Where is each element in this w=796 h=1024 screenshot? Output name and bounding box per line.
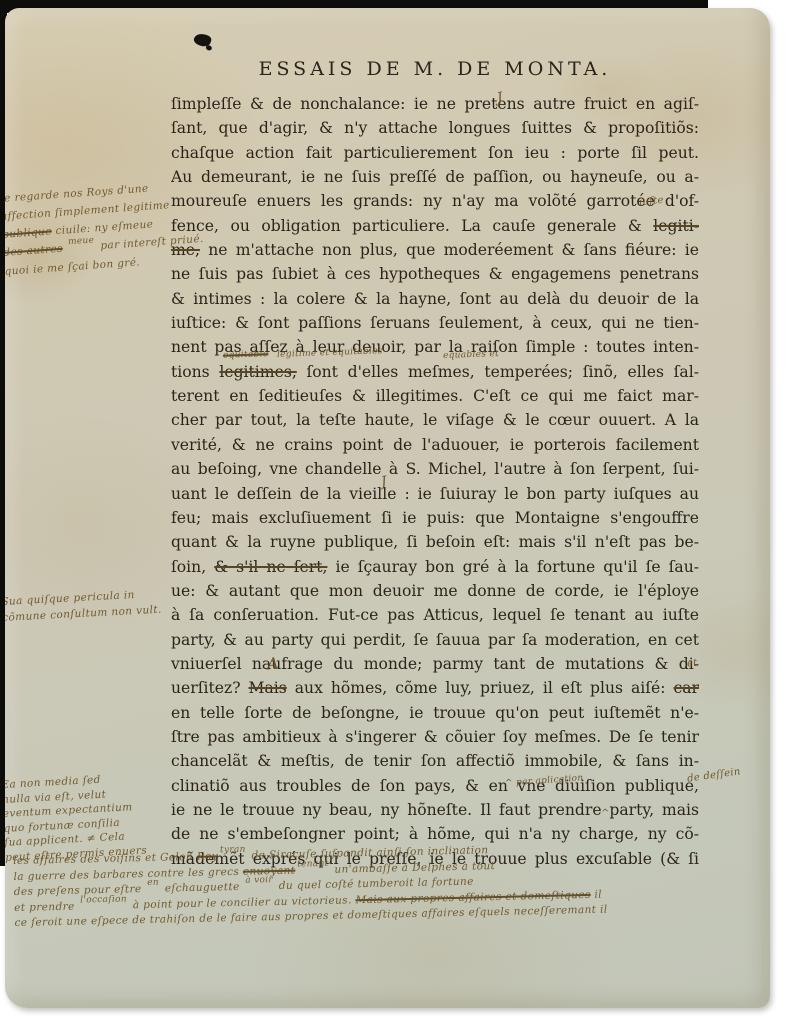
hand-insertion: meue <box>68 235 95 247</box>
margin-note-kings: Je regarde nos Roys d'uneaffection ſimpl… <box>5 177 185 280</box>
text-segment: ſtre pas ambitieux à s'ingerer & cõuier … <box>171 728 699 746</box>
printed-line: me, ne m'attache non plus, que moderéeme… <box>171 238 699 262</box>
struck-text: Roy <box>197 850 219 862</box>
text-segment: du quel coſté tumberoit la fortune <box>275 876 474 893</box>
struck-text: des autres <box>5 243 63 259</box>
text-segment: clinatiõ aus troubles de ſon pays, & en … <box>171 777 699 795</box>
printed-line: en telle ſorte de beſongne, ie trouue qu… <box>171 701 699 725</box>
hand-insertion: en <box>147 878 159 888</box>
printed-line: tions legitimes, ſont d'elles meſmes, te… <box>171 360 699 384</box>
text-segment: ie ſçauray bon gré à la fortune qu'il ſe… <box>327 558 699 576</box>
printed-line: moureuſe enuers les grands: ny n'ay ma v… <box>171 189 699 213</box>
struck-text: legitimes, <box>219 363 296 381</box>
text-segment: chaſque action fait particulierement ſon… <box>171 144 699 162</box>
text-segment: iuſtice: & ſont paſſions ſeruans ſeuleme… <box>171 314 699 332</box>
printed-line: quant & la ruyne publique, ſi beſoin eſt… <box>171 530 699 554</box>
printed-line: feu; mais excluſiuement ſi ie puis: que … <box>171 506 699 530</box>
text-segment: vniuerſel naufrage du monde; parmy tant … <box>171 655 699 673</box>
printed-line: uerſitez? Mais aux hõmes, cõme luy, priu… <box>171 676 699 700</box>
text-segment: ne ſuis pas ſubiet à ces hypotheques & e… <box>171 265 699 283</box>
printed-line: ie ne le trouue ny beau, ny hõneſte. Il … <box>171 798 699 822</box>
text-segment: eſchauguette <box>161 881 244 895</box>
text-segment: moureuſe enuers les grands: ny n'ay ma v… <box>171 192 699 210</box>
printed-line: terent en ſeditieuſes & illegitimes. C'e… <box>171 384 699 408</box>
text-segment <box>62 242 67 254</box>
text-segment: et prendre <box>14 900 78 913</box>
bottom-addition-gelon: les affaires des voiſins et Gelon Roytyr… <box>13 836 770 930</box>
running-header: ESSAIS DE M. DE MONTA. <box>171 58 699 80</box>
printed-line: ue: & autant que mon deuoir me donne de … <box>171 579 699 603</box>
printed-line: chaſque action fait particulierement ſon… <box>171 141 699 165</box>
printed-line: clinatiõ aus troubles de ſon pays, & en … <box>171 774 699 798</box>
page: ESSAIS DE M. DE MONTA. ſimpleſſe & de no… <box>5 8 770 1008</box>
text-segment: ne m'attache non plus, que moderéement &… <box>200 241 699 259</box>
text-segment: terent en ſeditieuſes & illegitimes. C'e… <box>171 387 699 405</box>
printed-line: cher par tout, la teſte haute, le viſage… <box>171 408 699 432</box>
text-segment: il <box>591 888 603 900</box>
printed-line: chancelãt & meſtis, de tenir ſon affecti… <box>171 749 699 773</box>
struck-text: publique <box>5 225 52 240</box>
text-segment: ue: & autant que mon deuoir me donne de … <box>171 582 699 600</box>
printed-line: iuſtice: & ſont paſſions ſeruans ſeuleme… <box>171 311 699 335</box>
text-segment: Au demeurant, ie ne ſuis preſſé de paſſi… <box>171 168 699 186</box>
text-segment: uerſitez? <box>171 679 249 697</box>
hand-correction: ^ <box>601 808 610 819</box>
printed-line: uant le deſſein de la vieille : ie ſuiur… <box>171 482 699 506</box>
text-segment: à ſa conſeruation. Fut-ce pas Atticus, l… <box>171 606 699 624</box>
text-segment: fence, ou obligation particuliere. La ca… <box>171 217 653 235</box>
text-segment: en telle ſorte de beſongne, ie trouue qu… <box>171 704 699 722</box>
text-segment: feu; mais excluſiuement ſi ie puis: que … <box>171 509 699 527</box>
text-segment: les affaires des voiſins et Gelon <box>13 851 197 867</box>
ink-blot <box>193 32 213 49</box>
text-segment: ſant, que d'agir, & n'y attache longues … <box>171 119 699 137</box>
hand-correction: et <box>687 658 698 670</box>
hand-correction: equitable <box>223 349 269 361</box>
hand-insertion: tyran <box>220 845 246 856</box>
printed-line: ſtre pas ambitieux à s'ingerer & cõuier … <box>171 725 699 749</box>
printed-line: vniuerſel naufrage du monde; parmy tant … <box>171 652 699 676</box>
text-segment: tions <box>171 363 219 381</box>
text-segment: chancelãt & meſtis, de tenir ſon affecti… <box>171 752 699 770</box>
text-segment: au beſoing, vne chandelle à S. Michel, l… <box>171 460 699 478</box>
printed-line: ſimpleſſe & de nonchalance: ie ne preten… <box>171 92 699 116</box>
text-segment: ſont d'elles meſmes, temperées; ſinõ, el… <box>297 363 699 381</box>
printed-line: party, & au party qui perdit, ſe ſauua p… <box>171 628 699 652</box>
printed-line: ne ſuis pas ſubiet à ces hypotheques & e… <box>171 262 699 286</box>
printed-line: ſoin, & s'il ne ſert, ie ſçauray bon gré… <box>171 555 699 579</box>
text-segment: ſoin, <box>171 558 214 576</box>
hand-correction: equables et <box>443 349 499 361</box>
text-segment: un'ambaſſe à Delphes à tout <box>331 860 496 876</box>
printed-line: à ſa conſeruation. Fut-ce pas Atticus, l… <box>171 603 699 627</box>
text-segment: verité, & ne crains point de l'aduouer, … <box>171 436 699 454</box>
hand-correction: A <box>266 654 279 674</box>
struck-text: Mais <box>249 679 287 697</box>
printed-line: Au demeurant, ie ne ſuis preſſé de paſſi… <box>171 165 699 189</box>
text-segment: & intimes : la colere & la hayne, ſont a… <box>171 290 699 308</box>
text-segment: ſimpleſſe & de nonchalance: ie ne preten… <box>171 95 699 113</box>
hand-insertion: à voir <box>245 875 273 886</box>
hand-insertion: tenant <box>297 858 329 869</box>
text-segment: quant & la ruyne publique, ſi beſoin eſt… <box>171 533 699 551</box>
printed-line: & intimes : la colere & la hayne, ſont a… <box>171 287 699 311</box>
text-segment: party, & au party qui perdit, ſe ſauua p… <box>171 631 699 649</box>
printed-line: au beſoing, vne chandelle à S. Michel, l… <box>171 457 699 481</box>
text-segment: cher par tout, la teſte haute, le viſage… <box>171 411 699 429</box>
margin-note-latin-livy: Sua quiſque pericula incõmune conſultum … <box>5 585 182 626</box>
struck-text: car <box>674 679 700 697</box>
text-segment: aux hõmes, cõme luy, priuez, il eſt plus… <box>287 679 674 697</box>
printed-line: ſant, que d'agir, & n'y attache longues … <box>171 116 699 140</box>
struck-text: legiti- <box>653 217 699 235</box>
text-segment: ie ne le trouue ny beau, ny hõneſte. Il … <box>171 801 699 819</box>
printed-line: fence, ou obligation particuliere. La ca… <box>171 214 699 238</box>
struck-text: & s'il ne ſert, <box>214 558 327 576</box>
printed-text-block: ſimpleſſe & de nonchalance: ie ne preten… <box>171 92 699 871</box>
hand-insertion: l'occaſion <box>80 894 127 905</box>
printed-line: verité, & ne crains point de l'aduouer, … <box>171 433 699 457</box>
text-segment: uant le deſſein de la vieille : ie ſuiur… <box>171 485 699 503</box>
